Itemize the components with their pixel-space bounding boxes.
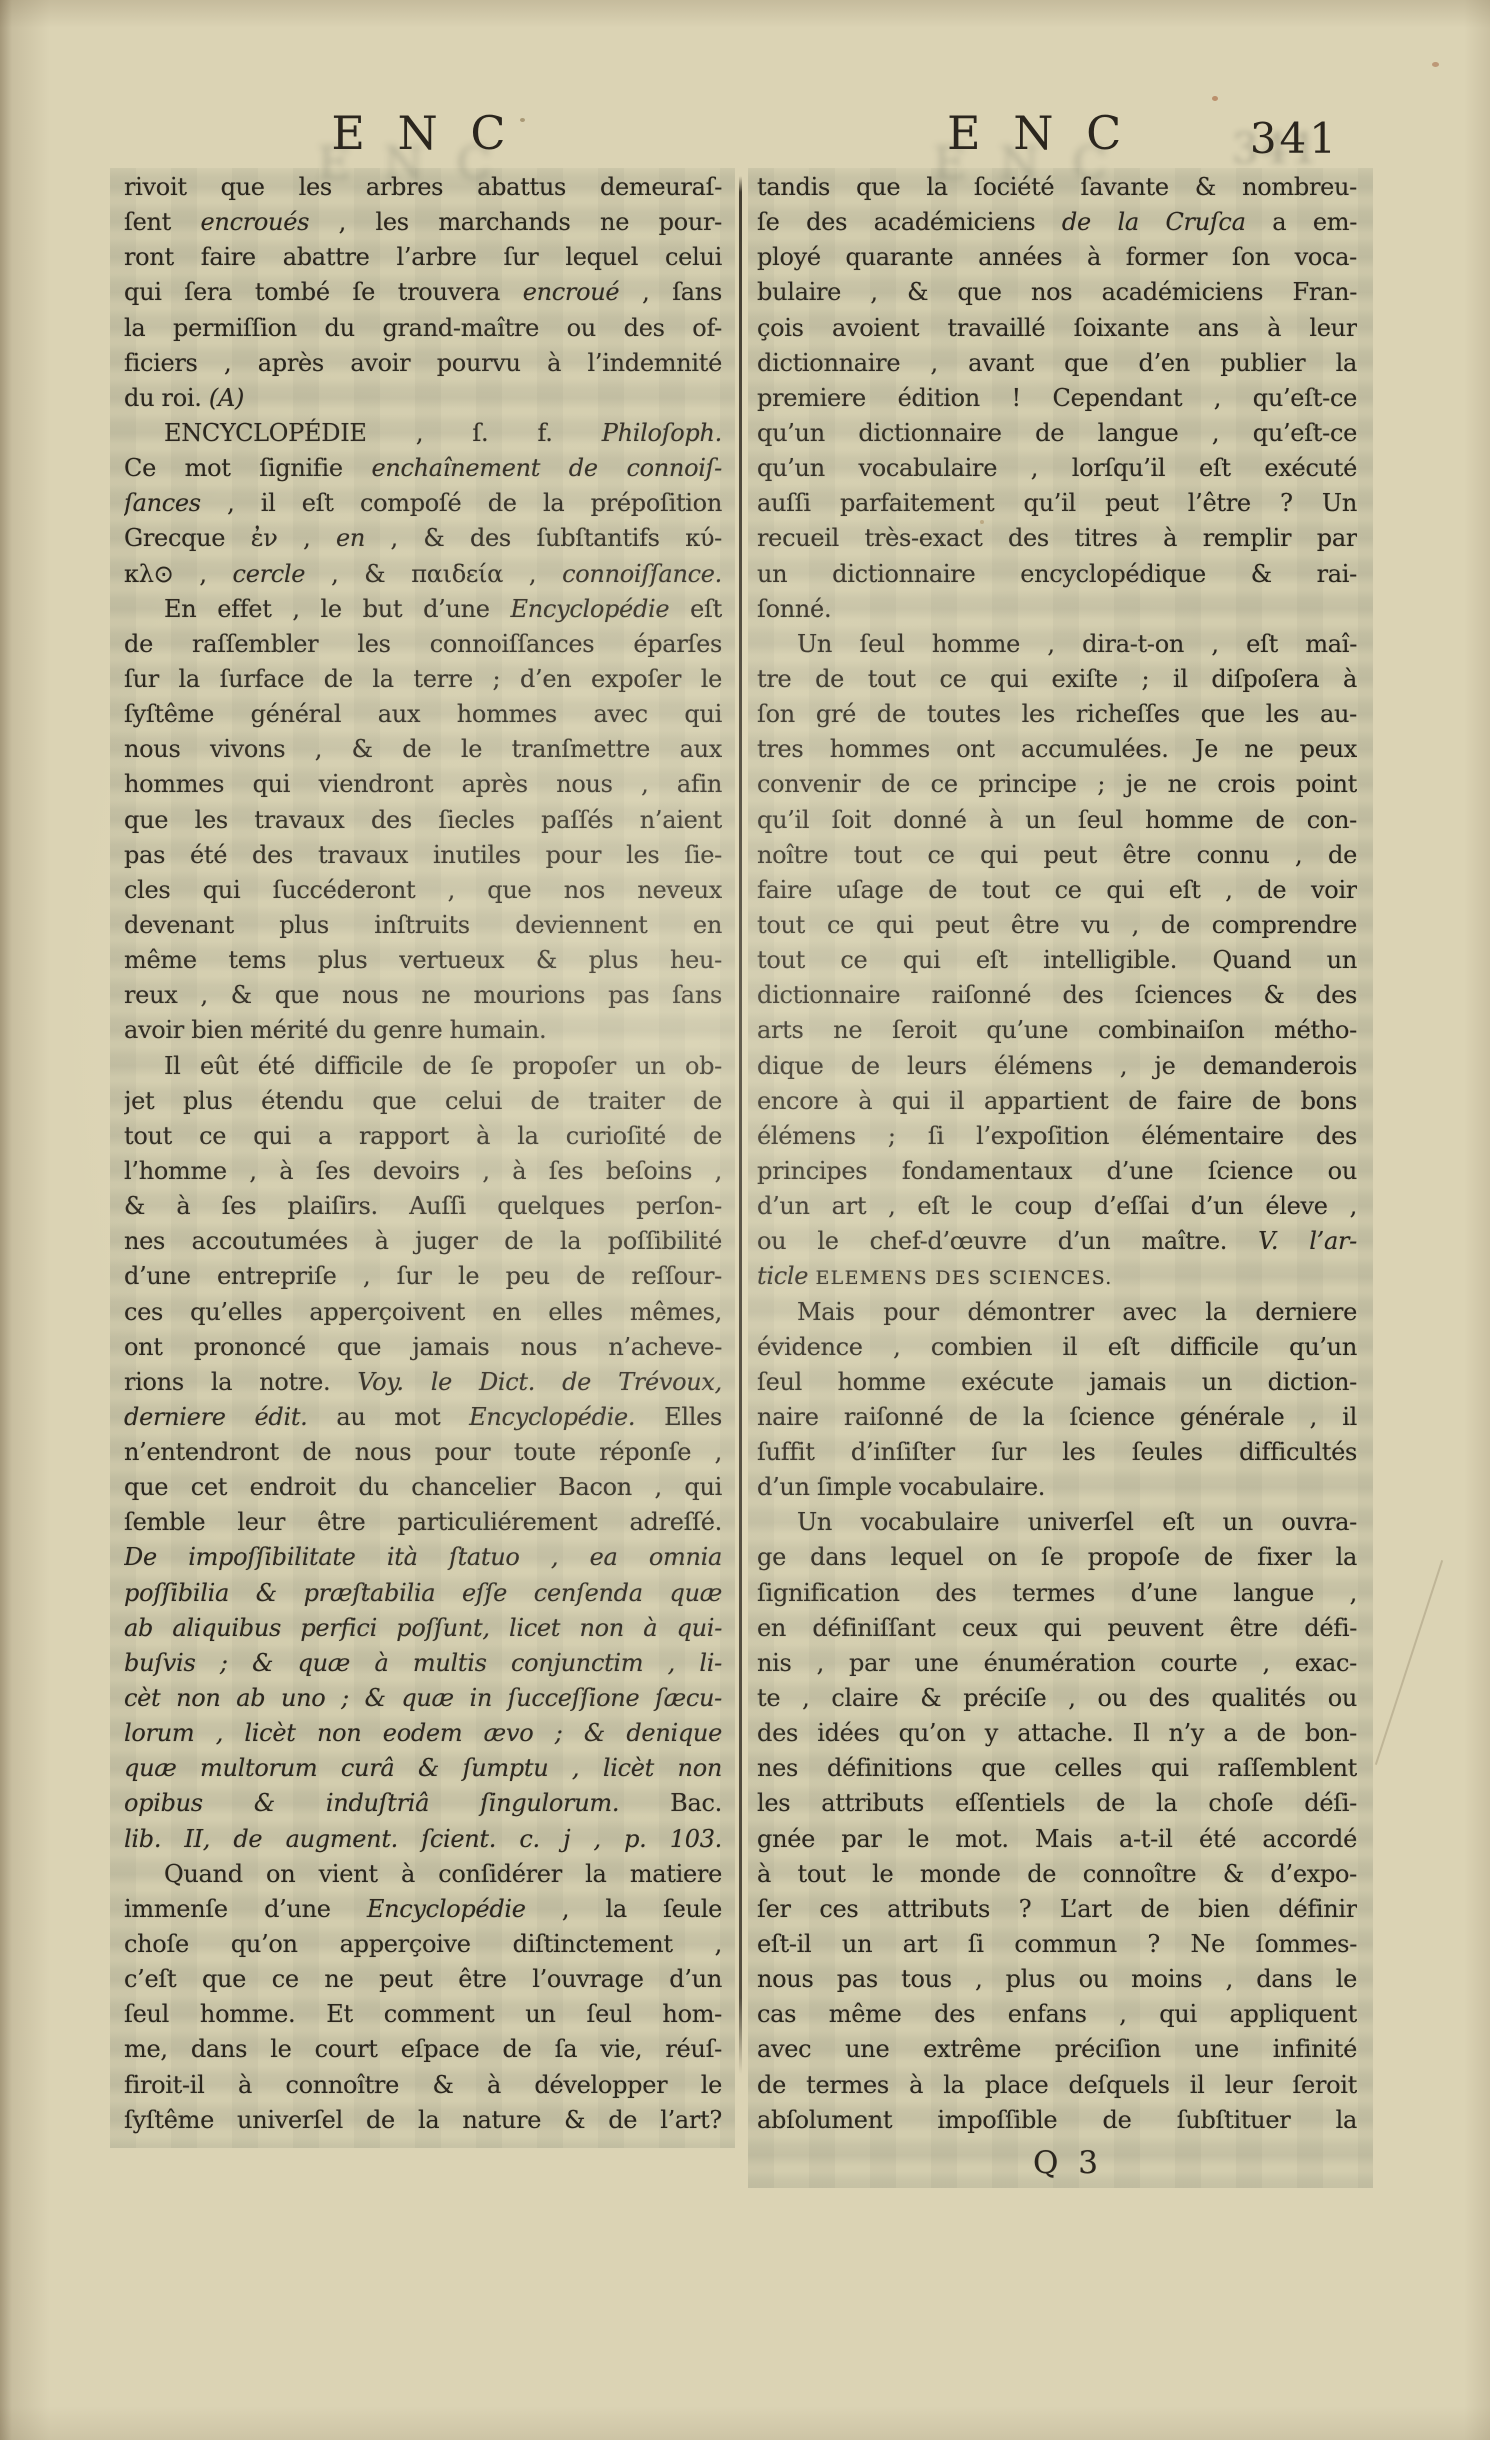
scanned-book-page: { "page": { "paper_color": "#dbd3b4", "i… — [0, 0, 1490, 2440]
text-line: ſeul homme exécute jamais un diction- — [757, 1365, 1357, 1400]
text-line: ou le chef-d’œuvre d’un maître. V. l’ar- — [757, 1224, 1357, 1259]
text-line: cèt non ab uno ; & quæ in ſucceſſione ſæ… — [124, 1681, 722, 1716]
text-line: de termes à la place deſquels il leur ſe… — [757, 2068, 1357, 2103]
text-line: ſignification des termes d’une langue , — [757, 1576, 1357, 1611]
text-line: d’une entrepriſe , ſur le peu de reſſour… — [124, 1259, 722, 1294]
text-line: immenſe d’une Encyclopédie , la ſeule — [124, 1892, 722, 1927]
text-line: ENCYCLOPÉDIE , ſ. f. Philoſoph. — [124, 416, 722, 451]
paper-speck — [1212, 96, 1218, 101]
text-line: la permiſſion du grand-maître ou des of- — [124, 311, 722, 346]
text-line: Ce mot ſignifie enchaînement de connoiſ- — [124, 451, 722, 486]
text-line: reux , & que nous ne mourions pas ſans — [124, 978, 722, 1013]
text-line: rions la notre. Voy. le Dict. de Trévoux… — [124, 1365, 722, 1400]
text-line: quæ multorum curâ & ſumptu , licèt non — [124, 1751, 722, 1786]
text-line: tout ce qui peut être vu , de comprendre — [757, 908, 1357, 943]
text-line: devenant plus inſtruits deviennent en — [124, 908, 722, 943]
text-line: dictionnaire , avant que d’en publier la — [757, 346, 1357, 381]
text-line: qu’un vocabulaire , lorſqu’il eſt exécut… — [757, 451, 1357, 486]
text-line: En effet , le but d’une Encyclopédie eſt — [124, 592, 722, 627]
text-line: noître tout ce qui peut être connu , de — [757, 838, 1357, 873]
text-line: ront faire abattre l’arbre ſur lequel ce… — [124, 240, 722, 275]
text-line: bulaire , & que nos académiciens Fran- — [757, 275, 1357, 310]
text-line: Grecque ἐν , en , & des ſubſtantifs κύ- — [124, 521, 722, 556]
text-line: De impoſſibilitate ità ſtatuo , ea omnia — [124, 1540, 722, 1575]
text-line: rivoit que les arbres abattus demeuraſ- — [124, 170, 722, 205]
text-line: à tout le monde de connoître & d’expo- — [757, 1857, 1357, 1892]
text-line: l’homme , à ſes devoirs , à ſes beſoins … — [124, 1154, 722, 1189]
text-line: dictionnaire raiſonné des ſciences & des — [757, 978, 1357, 1013]
text-line: avoir bien mérité du genre humain. — [124, 1013, 722, 1048]
text-line: Un vocabulaire univerſel eſt un ouvra- — [757, 1505, 1357, 1540]
text-line: te , claire & préciſe , ou des qualités … — [757, 1681, 1357, 1716]
text-line: ſent encroués , les marchands ne pour- — [124, 205, 722, 240]
column-divider-rule — [739, 176, 742, 2074]
running-head-right: E N C 341 — [757, 106, 1357, 170]
text-line: gnée par le mot. Mais a-t-il été accordé — [757, 1822, 1357, 1857]
text-line: ſonné. — [757, 592, 1357, 627]
text-line: ſeul homme. Et comment un ſeul hom- — [124, 1997, 722, 2032]
text-line: jet plus étendu que celui de traiter de — [124, 1084, 722, 1119]
text-line: çois avoient travaillé ſoixante ans à le… — [757, 311, 1357, 346]
text-line: cas même des enfans , qui appliquent — [757, 1997, 1357, 2032]
text-line: nis , par une énumération courte , exac- — [757, 1646, 1357, 1681]
text-line: lorum , licèt non eodem ævo ; & denique — [124, 1716, 722, 1751]
page-number: 341 — [1250, 114, 1339, 163]
text-line: Il eût été difficile de ſe propoſer un o… — [124, 1049, 722, 1084]
text-line: tres hommes ont accumulées. Je ne peux — [757, 732, 1357, 767]
text-line: naire raiſonné de la ſcience générale , … — [757, 1400, 1357, 1435]
text-line: ticle ELEMENS DES SCIENCES. — [757, 1259, 1357, 1294]
text-line: ſyſtême général aux hommes avec qui — [124, 697, 722, 732]
text-line: élémens ; ſi l’expoſition élémentaire de… — [757, 1119, 1357, 1154]
text-line: ſur la ſurface de la terre ; d’en expoſe… — [124, 662, 722, 697]
text-line: nous pas tous , plus ou moins , dans le — [757, 1962, 1357, 1997]
text-line: que cet endroit du chancelier Bacon , qu… — [124, 1470, 722, 1505]
text-line: ſe des académiciens de la Cruſca a em- — [757, 205, 1357, 240]
text-line: tout ce qui a rapport à la curioſité de — [124, 1119, 722, 1154]
text-line: ployé quarante années à former ſon voca- — [757, 240, 1357, 275]
text-line: nous vivons , & de le tranſmettre aux — [124, 732, 722, 767]
text-line: des idées qu’on y attache. Il n’y a de b… — [757, 1716, 1357, 1751]
text-line: abſolument impoſſible de ſubſtituer la — [757, 2103, 1357, 2138]
text-line: pas été des travaux inutiles pour les ſi… — [124, 838, 722, 873]
text-line: ces qu’elles apperçoivent en elles mêmes… — [124, 1295, 722, 1330]
text-line: firoit-il à connoître & à développer le — [124, 2068, 722, 2103]
text-line: évidence , combien il eſt difficile qu’u… — [757, 1330, 1357, 1365]
text-column-right: tandis que la ſociété ſavante & nombreu-… — [757, 170, 1357, 2190]
text-line: n’entendront de nous pour toute réponſe … — [124, 1435, 722, 1470]
text-line: auſſi parfaitement qu’il peut l’être ? U… — [757, 486, 1357, 521]
text-line: en définiſſant ceux qui peuvent être déf… — [757, 1611, 1357, 1646]
text-line: d’un art , eſt le coup d’eſſai d’un élev… — [757, 1189, 1357, 1224]
text-line: ſyſtême univerſel de la nature & de l’ar… — [124, 2103, 722, 2138]
text-line: opibus & induſtriâ ſingulorum. Bac. — [124, 1786, 722, 1821]
signature-mark: Q 3 — [757, 2146, 1357, 2190]
text-line: eſt-il un art ſi commun ? Ne ſommes- — [757, 1927, 1357, 1962]
text-line: avec une extrême préciſion une infinité — [757, 2032, 1357, 2067]
text-line: qui ſera tombé ſe trouvera encroué , ſan… — [124, 275, 722, 310]
text-line: ſuffit d’inſiſter ſur les ſeules difficu… — [757, 1435, 1357, 1470]
text-line: Mais pour démontrer avec la derniere — [757, 1295, 1357, 1330]
text-line: ont prononcé que jamais nous n’acheve- — [124, 1330, 722, 1365]
text-column-left: rivoit que les arbres abattus demeuraſ-ſ… — [124, 170, 722, 2138]
text-line: tandis que la ſociété ſavante & nombreu- — [757, 170, 1357, 205]
text-line: c’eſt que ce ne peut être l’ouvrage d’un — [124, 1962, 722, 1997]
text-line: me, dans le court eſpace de ſa vie, réuſ… — [124, 2032, 722, 2067]
text-line: ge dans lequel on ſe propoſe de fixer la — [757, 1540, 1357, 1575]
text-line: Quand on vient à conſidérer la matiere — [124, 1857, 722, 1892]
text-line: encore à qui il appartient de faire de b… — [757, 1084, 1357, 1119]
text-line: cles qui ſuccéderont , que nos neveux — [124, 873, 722, 908]
text-line: Un ſeul homme , dira-t-on , eſt maî- — [757, 627, 1357, 662]
text-line: ficiers , après avoir pourvu à l’indemni… — [124, 346, 722, 381]
paper-crease — [1375, 1560, 1443, 1765]
text-line: de raſſembler les connoiſſances éparſes — [124, 627, 722, 662]
text-line: tre de tout ce qui exiſte ; il diſpoſera… — [757, 662, 1357, 697]
text-line: poſſibilia & præſtabilia eſſe cenſenda q… — [124, 1576, 722, 1611]
text-line: lib. II, de augment. ſcient. c. j , p. 1… — [124, 1822, 722, 1857]
text-line: principes fondamentaux d’une ſcience ou — [757, 1154, 1357, 1189]
text-line: ſer ces attributs ? L’art de bien défini… — [757, 1892, 1357, 1927]
text-line: κλ⊙ , cercle , & παιδεία , connoiſſance. — [124, 557, 722, 592]
text-line: premiere édition ! Cependant , qu’eſt-ce — [757, 381, 1357, 416]
text-line: d’un ſimple vocabulaire. — [757, 1470, 1357, 1505]
text-line: derniere édit. au mot Encyclopédie. Elle… — [124, 1400, 722, 1435]
text-line: choſe qu’on apperçoive diſtinctement , — [124, 1927, 722, 1962]
text-line: hommes qui viendront après nous , afin — [124, 767, 722, 802]
text-line: buſvis ; & quæ à multis conjunctim , li- — [124, 1646, 722, 1681]
text-line: du roi. (A) — [124, 381, 722, 416]
text-line: & à ſes plaiſirs. Auſſi quelques perſon- — [124, 1189, 722, 1224]
running-head-right-title: E N C — [947, 106, 1130, 160]
text-line: ſemble leur être particuliérement adreſſ… — [124, 1505, 722, 1540]
text-line: nes accoutumées à juger de la poſſibilit… — [124, 1224, 722, 1259]
running-head-left: E N C — [124, 106, 722, 160]
text-line: ſon gré de toutes les richeſſes que les … — [757, 697, 1357, 732]
text-line: les attributs eſſentiels de la choſe déſ… — [757, 1786, 1357, 1821]
text-line: dique de leurs élémens , je demanderois — [757, 1049, 1357, 1084]
text-line: même tems plus vertueux & plus heu- — [124, 943, 722, 978]
text-line: arts ne ſeroit qu’une combinaiſon métho- — [757, 1013, 1357, 1048]
text-line: nes définitions que celles qui raſſemble… — [757, 1751, 1357, 1786]
text-line: convenir de ce principe ; je ne crois po… — [757, 767, 1357, 802]
paper-speck — [1432, 62, 1439, 67]
text-line: qu’un dictionnaire de langue , qu’eſt-ce — [757, 416, 1357, 451]
text-line: que les travaux des ſiecles paſſés n’aie… — [124, 803, 722, 838]
text-line: tout ce qui eſt intelligible. Quand un — [757, 943, 1357, 978]
text-line: ſances , il eſt compoſé de la prépoſitio… — [124, 486, 722, 521]
text-line: recueil très-exact des titres à remplir … — [757, 521, 1357, 556]
text-line: ab aliquibus perfici poſſunt, licet non … — [124, 1611, 722, 1646]
text-line: un dictionnaire encyclopédique & rai- — [757, 557, 1357, 592]
text-line: faire uſage de tout ce qui eſt , de voir — [757, 873, 1357, 908]
text-line: qu’il ſoit donné à un ſeul homme de con- — [757, 803, 1357, 838]
